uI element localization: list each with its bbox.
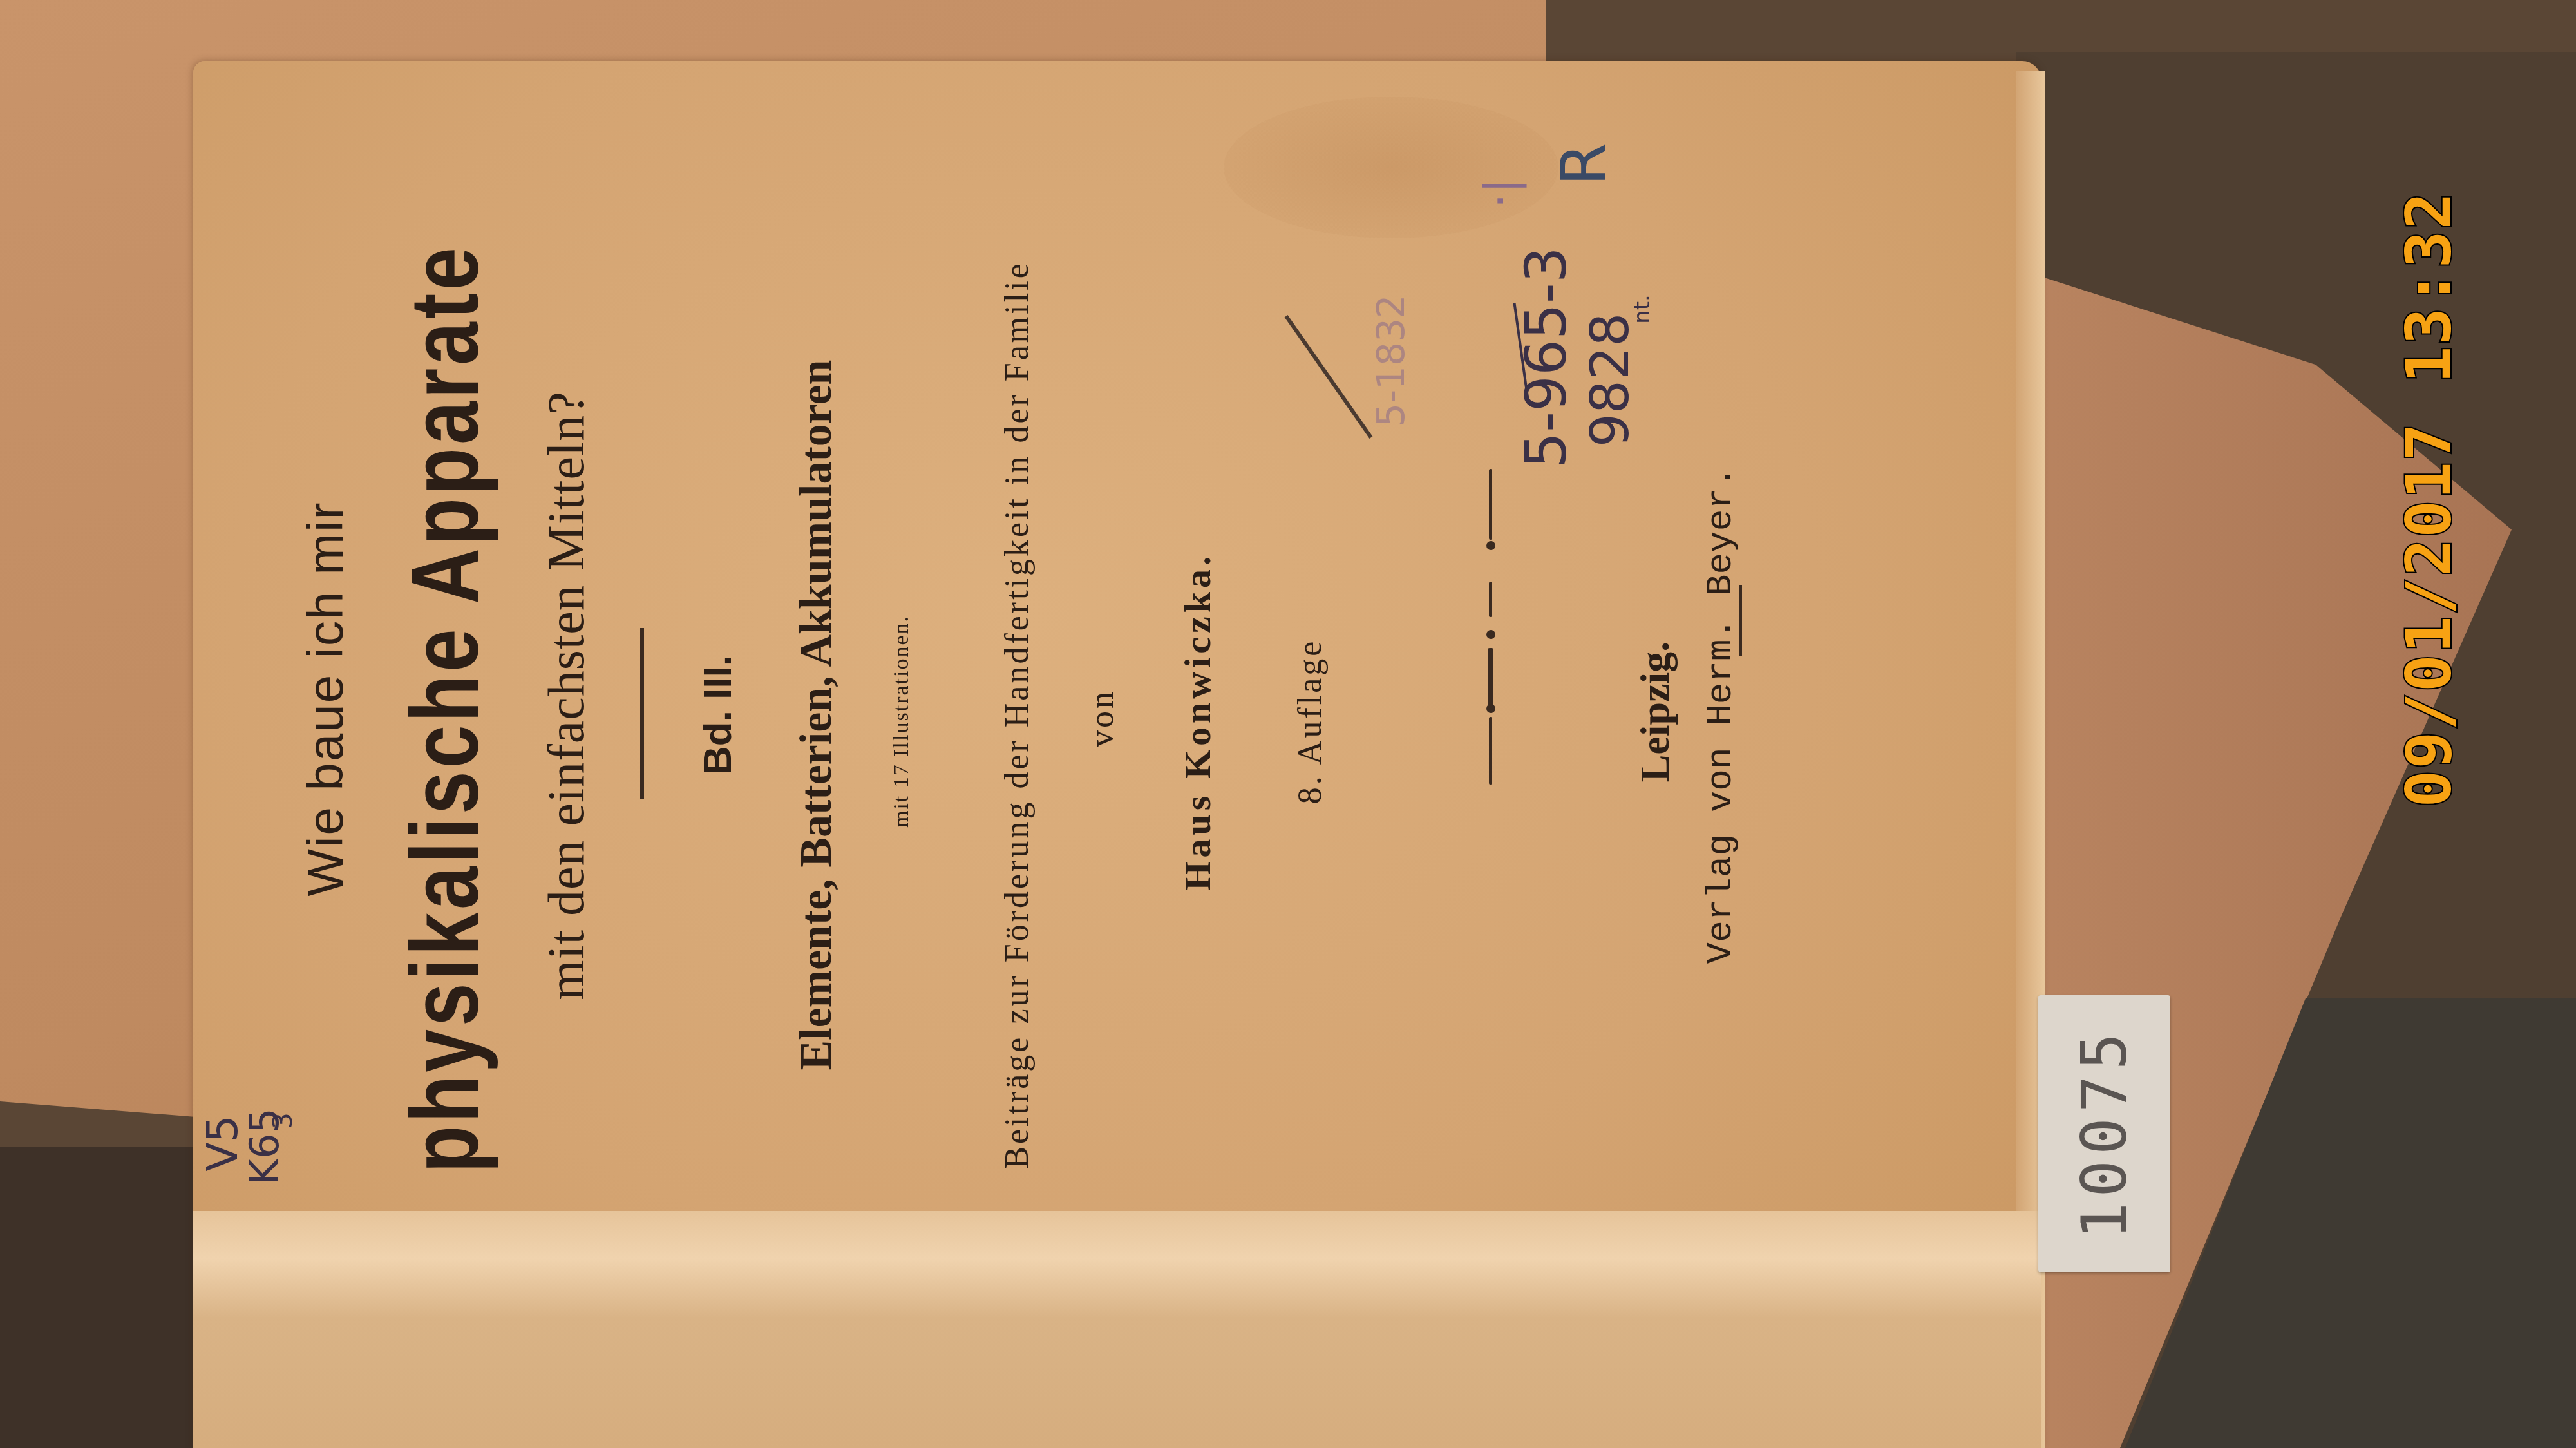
edition: 8. Auflage [1294, 639, 1327, 805]
shelf-mark-suffix: nt. [1629, 294, 1655, 324]
book-gutter [193, 1211, 2041, 1448]
volume-topic: Elemente, Batterien, Akkumulatoren [794, 359, 839, 1070]
paper-stain [1224, 97, 1558, 238]
letter-r-mark: R [1548, 143, 1620, 186]
call-mark-sub: 3 [269, 1112, 298, 1129]
volume-number: Bd. III. [698, 655, 738, 775]
pre-title: Wie baue ich mir [300, 502, 350, 897]
purple-dash-mark: ·| [1474, 178, 1527, 208]
faded-shelf-mark: 5-1832 [1369, 294, 1413, 426]
publication-place: Leipzig. [1634, 642, 1676, 783]
series-note: Beiträge zur Förderung der Handfertigkei… [1001, 261, 1034, 1169]
ornamental-rule [1486, 469, 1495, 965]
camera-timestamp: 09/01/2017 13:32 [2393, 191, 2465, 808]
publisher: Verlag von Herm. Beyer. [1703, 466, 1739, 964]
call-mark-v5: V5 [198, 1115, 247, 1171]
main-title: physikalische Apparate [396, 244, 493, 1173]
shelf-mark-bottom: 9828 [1580, 313, 1641, 448]
by-line: von [1086, 689, 1119, 747]
title-divider-rule [640, 628, 644, 799]
author-name: Haus Konwiczka. [1179, 552, 1217, 890]
publisher-underline [1739, 585, 1742, 656]
library-sticker: 10075 [2038, 995, 2170, 1272]
subtitle: mit den einfachsten Mitteln? [541, 391, 592, 1000]
illustrations-note: mit 17 Illustrationen. [891, 615, 913, 828]
sticker-number: 10075 [2069, 1028, 2141, 1240]
